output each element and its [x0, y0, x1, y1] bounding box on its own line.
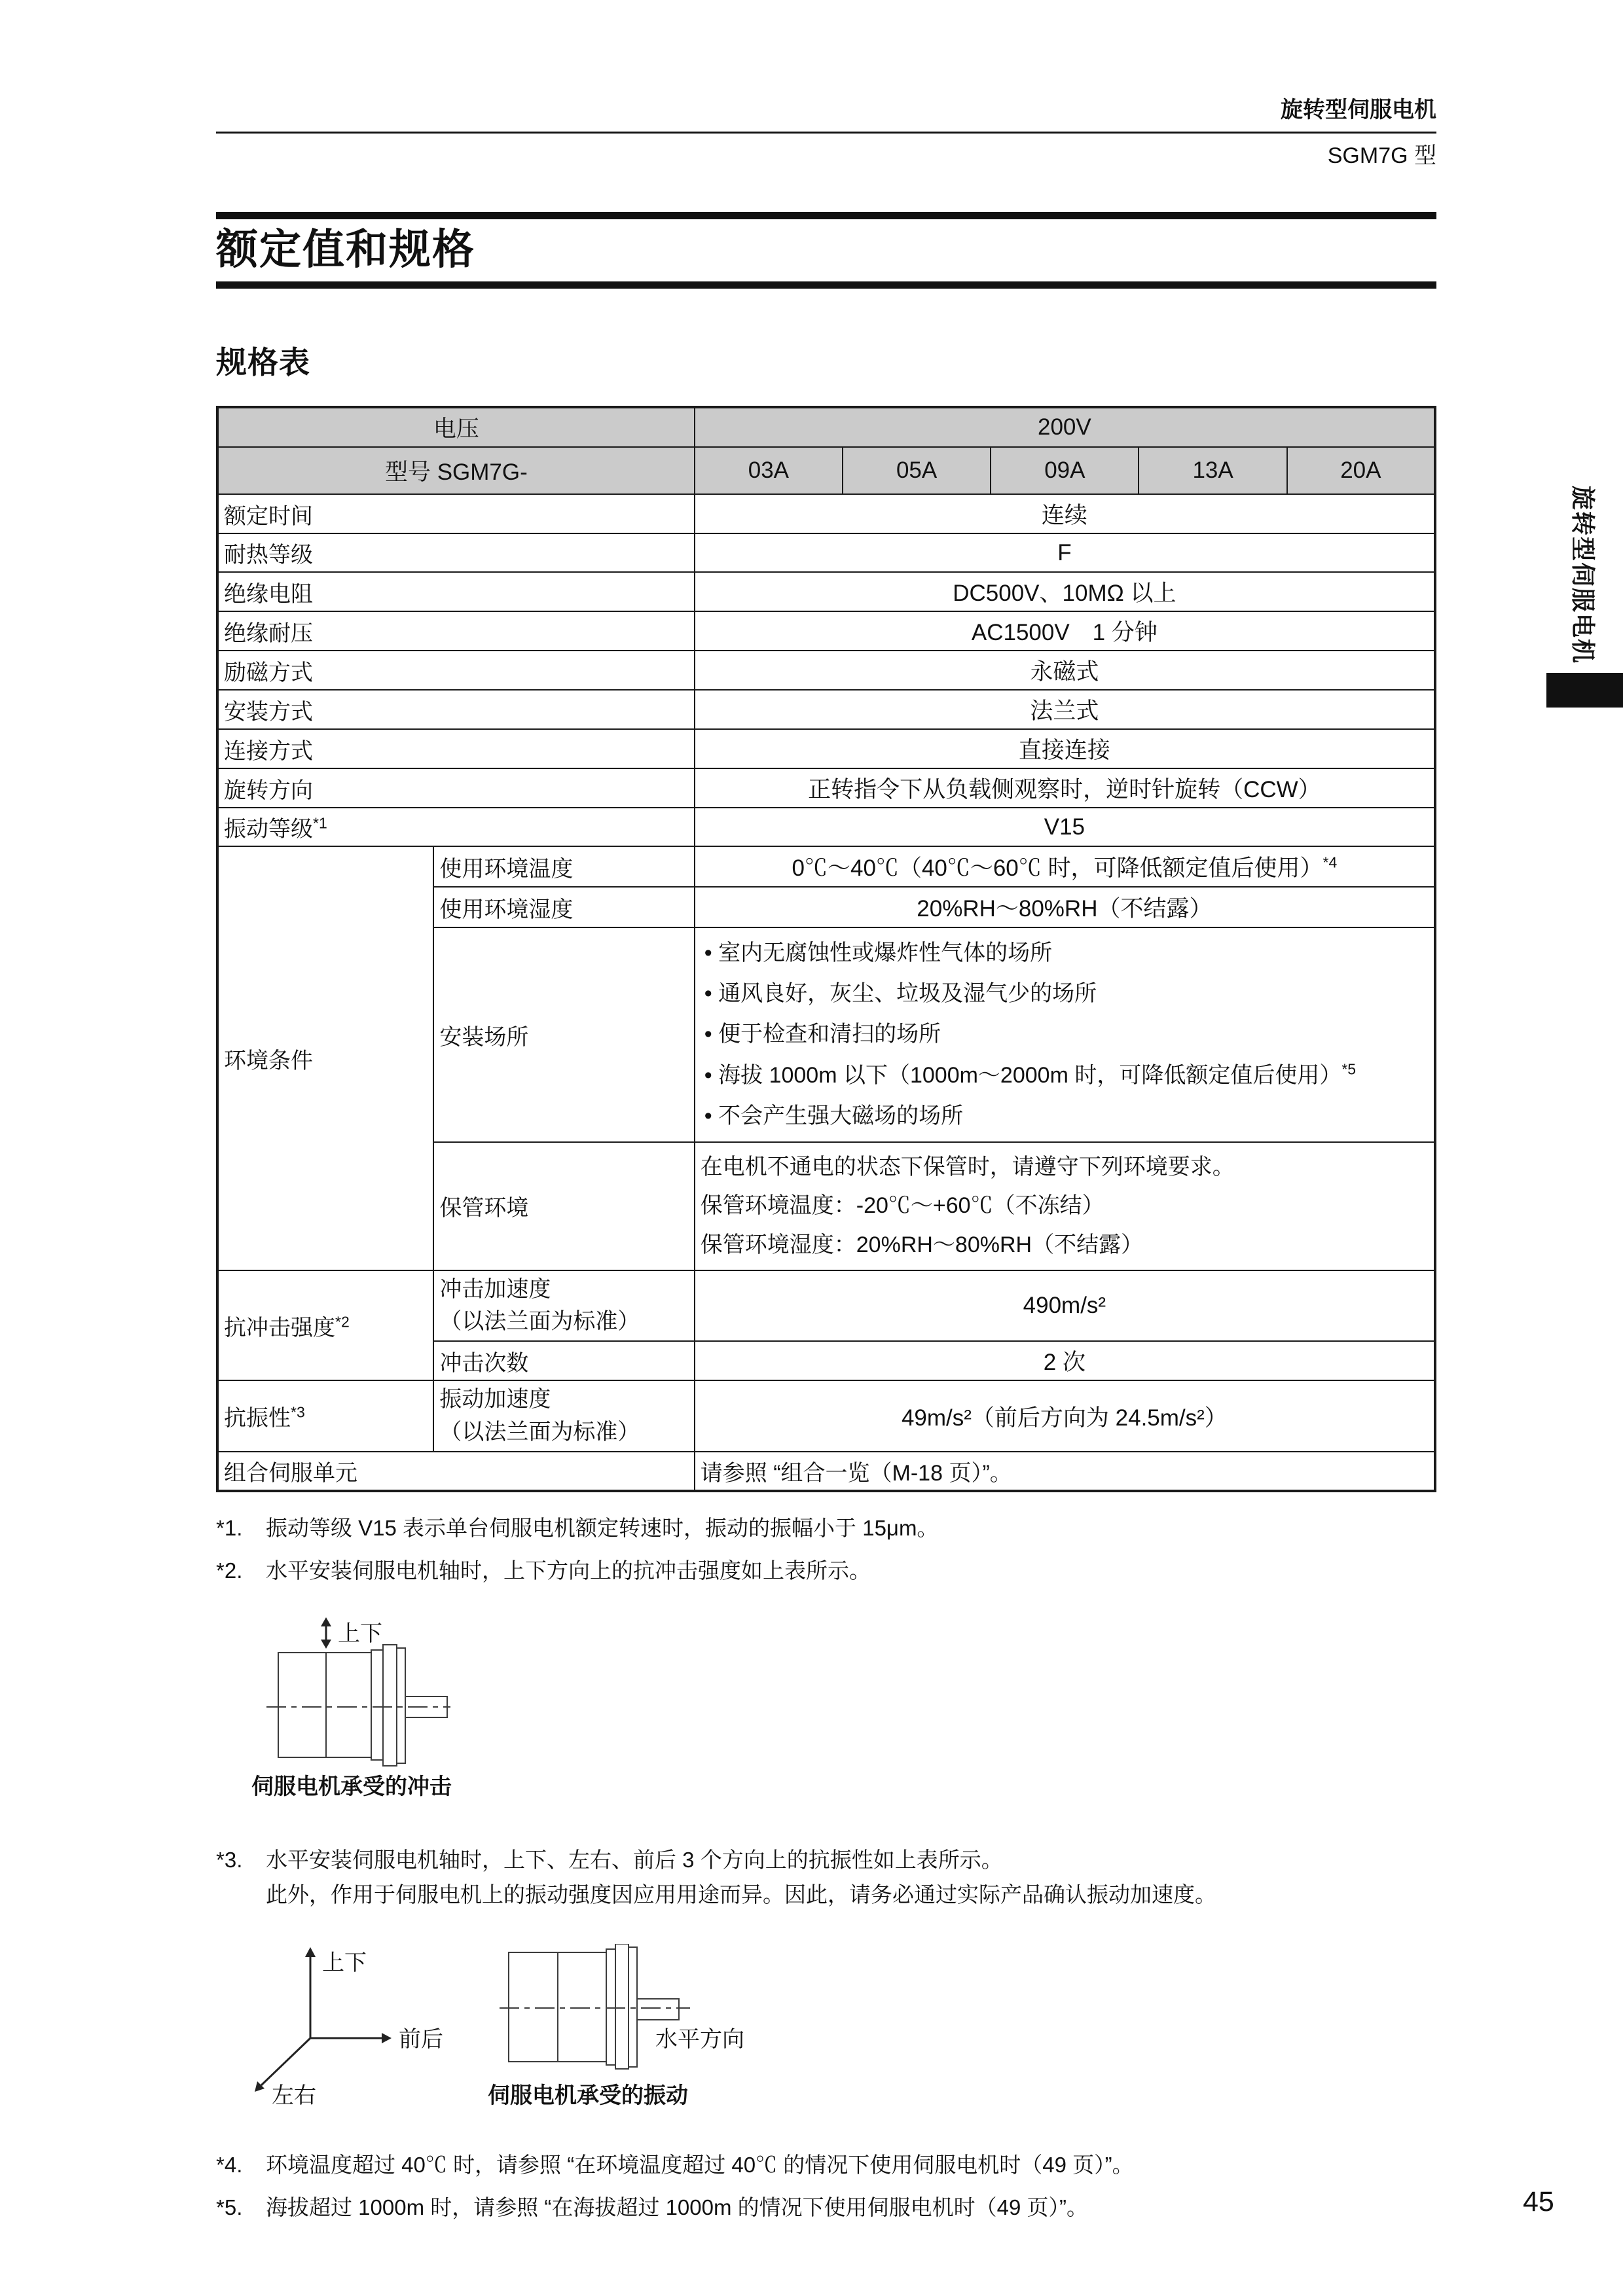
footnote-5: *5. 海拔超过 1000m 时，请参照 “在海拔超过 1000m 的情况下使用… — [216, 2191, 1436, 2224]
install-bullet-text: 室内无腐蚀性或爆炸性气体的场所 — [718, 941, 1052, 965]
motor-step — [606, 1949, 615, 2065]
model-05a: 05A — [843, 447, 991, 494]
footnote-ref-4: *4 — [1323, 854, 1338, 871]
install-bullet: 海拔 1000m 以下（1000m～2000m 时，可降低额定值后使用）*5 — [704, 1058, 1429, 1094]
env-temp-value: 0℃～40℃（40℃～60℃ 时，可降低额定值后使用）*4 — [695, 846, 1435, 887]
title-block: 额定值和规格 — [216, 212, 1436, 289]
page-content: 旋转型伺服电机 SGM7G 型 额定值和规格 规格表 电压 200V 型号 SG… — [216, 0, 1436, 2224]
footnotes: *1. 振动等级 V15 表示单台伺服电机额定转速时，振动的振幅小于 15μm。… — [216, 1512, 1436, 2224]
footnote-3-continued: 此外，作用于伺服电机上的振动强度因应用用途而异。因此，请务必通过实际产品确认振动… — [266, 1878, 1436, 1911]
row-value: V15 — [695, 808, 1435, 846]
axis-label-frontback: 前后 — [399, 2027, 443, 2052]
row-label: 绝缘耐压 — [217, 611, 695, 651]
footnote-3: *3. 水平安装伺服电机轴时，上下、左右、前后 3 个方向上的抗振性如上表所示。 — [216, 1844, 1436, 1876]
arrowhead-down — [321, 1640, 331, 1649]
footnote-text: 振动等级 V15 表示单台伺服电机额定转速时，振动的振幅小于 15μm。 — [266, 1512, 1436, 1545]
model-13a: 13A — [1139, 447, 1286, 494]
axis-label-updown: 上下 — [338, 1621, 382, 1646]
model-label: 型号 SGM7G- — [217, 447, 695, 494]
row-value: 正转指令下从负载侧观察时，逆时针旋转（CCW） — [695, 768, 1435, 808]
motor-body — [278, 1653, 371, 1757]
arrowhead-right — [382, 2033, 392, 2043]
row-label: 旋转方向 — [217, 768, 695, 808]
table-row: 励磁方式 永磁式 — [217, 651, 1435, 690]
combination-label: 组合伺服单元 — [217, 1452, 695, 1491]
table-row-env-temp: 环境条件 使用环境温度 0℃～40℃（40℃～60℃ 时，可降低额定值后使用）*… — [217, 846, 1435, 887]
row-value: 法兰式 — [695, 690, 1435, 729]
storage-lines: 在电机不通电的状态下保管时，请遵守下列环境要求。 保管环境温度：-20℃～+60… — [701, 1150, 1429, 1263]
footnote-ref-2: *2 — [335, 1313, 350, 1330]
table-row-models: 型号 SGM7G- 03A 05A 09A 13A 20A — [217, 447, 1435, 494]
footnote-marker: *3. — [216, 1844, 266, 1876]
row-value: DC500V、10MΩ 以上 — [695, 572, 1435, 611]
model-09a: 09A — [991, 447, 1139, 494]
row-value: 连续 — [695, 494, 1435, 533]
running-header: 旋转型伺服电机 SGM7G 型 — [216, 0, 1436, 169]
footnote-text: 环境温度超过 40℃ 时，请参照 “在环境温度超过 40℃ 的情况下使用伺服电机… — [266, 2149, 1436, 2181]
table-row: 旋转方向 正转指令下从负载侧观察时，逆时针旋转（CCW） — [217, 768, 1435, 808]
footnote-marker: *4. — [216, 2149, 266, 2181]
storage-line: 在电机不通电的状态下保管时，请遵守下列环境要求。 — [701, 1150, 1429, 1185]
install-bullet-text: 便于检查和清扫的场所 — [718, 1022, 941, 1047]
footnote-marker: *5. — [216, 2191, 266, 2224]
storage-line: 保管环境温度：-20℃～+60℃（不冻结） — [701, 1189, 1429, 1223]
env-storage-value: 在电机不通电的状态下保管时，请遵守下列环境要求。 保管环境温度：-20℃～+60… — [695, 1142, 1435, 1270]
row-label: 安装方式 — [217, 690, 695, 729]
row-value: 永磁式 — [695, 651, 1435, 690]
table-row: 连接方式 直接连接 — [217, 729, 1435, 768]
diagram-caption: 伺服电机承受的振动 — [488, 2083, 688, 2108]
table-row: 绝缘电阻 DC500V、10MΩ 以上 — [217, 572, 1435, 611]
table-row-shock-accel: 抗冲击强度*2 冲击加速度 （以法兰面为标准） 490m/s² — [217, 1270, 1435, 1342]
table-row: 额定时间 连续 — [217, 494, 1435, 533]
row-label: 绝缘电阻 — [217, 572, 695, 611]
axis-depth — [261, 2038, 310, 2085]
env-install-value: 室内无腐蚀性或爆炸性气体的场所 通风良好，灰尘、垃圾及湿气少的场所 便于检查和清… — [695, 927, 1435, 1141]
model-20a: 20A — [1287, 447, 1435, 494]
row-label: 额定时间 — [217, 494, 695, 533]
arrowhead-up — [305, 1947, 316, 1957]
row-value: AC1500V 1 分钟 — [695, 611, 1435, 651]
footnote-1: *1. 振动等级 V15 表示单台伺服电机额定转速时，振动的振幅小于 15μm。 — [216, 1512, 1436, 1545]
motor-step — [371, 1650, 383, 1760]
section-title: 规格表 — [216, 346, 1436, 378]
row-label-text: 振动等级 — [224, 817, 313, 842]
footnote-ref-5: *5 — [1341, 1060, 1356, 1077]
vibration-accel-label-line1: 振动加速度 — [439, 1384, 688, 1416]
env-humidity-value: 20%RH～80%RH（不结露） — [695, 887, 1435, 927]
voltage-label: 电压 — [217, 407, 695, 447]
env-storage-label: 保管环境 — [433, 1142, 694, 1270]
axis-label-updown: 上下 — [322, 1950, 367, 1975]
page-title: 额定值和规格 — [216, 228, 1436, 272]
footnote-ref-1: *1 — [313, 815, 327, 832]
shock-accel-label: 冲击加速度 （以法兰面为标准） — [433, 1270, 694, 1342]
row-value: F — [695, 533, 1435, 572]
header-rule — [216, 132, 1436, 134]
vibration-accel-label: 振动加速度 （以法兰面为标准） — [433, 1380, 694, 1452]
side-tab-marker — [1546, 673, 1623, 708]
vibration-accel-value: 49m/s²（前后方向为 24.5m/s²） — [695, 1380, 1435, 1452]
row-label: 励磁方式 — [217, 651, 695, 690]
vibration-accel-label-line2: （以法兰面为标准） — [439, 1416, 688, 1448]
footnote-4: *4. 环境温度超过 40℃ 时，请参照 “在环境温度超过 40℃ 的情况下使用… — [216, 2149, 1436, 2181]
row-label: 连接方式 — [217, 729, 695, 768]
footnote-marker: *1. — [216, 1512, 266, 1545]
install-bullet-list: 室内无腐蚀性或爆炸性气体的场所 通风良好，灰尘、垃圾及湿气少的场所 便于检查和清… — [701, 935, 1429, 1134]
table-row-voltage: 电压 200V — [217, 407, 1435, 447]
motor-step — [397, 1648, 405, 1763]
storage-line: 保管环境湿度：20%RH～80%RH（不结露） — [701, 1228, 1429, 1263]
env-temp-value-text: 0℃～40℃（40℃～60℃ 时，可降低额定值后使用） — [792, 855, 1323, 881]
table-row: 绝缘耐压 AC1500V 1 分钟 — [217, 611, 1435, 651]
footnote-marker: *2. — [216, 1554, 266, 1587]
table-row-combination: 组合伺服单元 请参照 “组合一览（M-18 页）”。 — [217, 1452, 1435, 1491]
shock-count-value: 2 次 — [695, 1341, 1435, 1380]
horizontal-direction-label: 水平方向 — [655, 2027, 744, 2052]
install-bullet-text: 不会产生强大磁场的场所 — [718, 1103, 963, 1128]
arrowhead-up — [321, 1617, 331, 1626]
page-number: 45 — [1523, 2186, 1554, 2218]
env-install-label: 安装场所 — [433, 927, 694, 1141]
shock-group-label: 抗冲击强度*2 — [217, 1270, 433, 1381]
shock-accel-label-line1: 冲击加速度 — [439, 1274, 688, 1306]
voltage-value: 200V — [695, 407, 1435, 447]
spec-table: 电压 200V 型号 SGM7G- 03A 05A 09A 13A 20A 额定… — [216, 406, 1436, 1492]
document-page: { "header": { "category": "旋转型伺服电机", "mo… — [0, 0, 1623, 2296]
footnote-2: *2. 水平安装伺服电机轴时，上下方向上的抗冲击强度如上表所示。 — [216, 1554, 1436, 1587]
footnote-text: 水平安装伺服电机轴时，上下方向上的抗冲击强度如上表所示。 — [266, 1554, 1436, 1587]
row-label: 耐热等级 — [217, 533, 695, 572]
model-03a: 03A — [695, 447, 843, 494]
shock-accel-value: 490m/s² — [695, 1270, 1435, 1342]
install-bullet: 通风良好，灰尘、垃圾及湿气少的场所 — [704, 976, 1429, 1012]
install-bullet: 室内无腐蚀性或爆炸性气体的场所 — [704, 935, 1429, 971]
motor-flange — [383, 1645, 397, 1766]
motor-shaft — [637, 1999, 679, 2020]
table-row: 振动等级*1 V15 — [217, 808, 1435, 846]
vibration-group-label: 抗振性*3 — [217, 1380, 433, 1452]
motor-flange — [615, 1944, 629, 2069]
footnote-text: 水平安装伺服电机轴时，上下、左右、前后 3 个方向上的抗振性如上表所示。 — [266, 1844, 1436, 1876]
row-value: 直接连接 — [695, 729, 1435, 768]
diagram-caption: 伺服电机承受的冲击 — [251, 1774, 452, 1799]
row-label: 振动等级*1 — [217, 808, 695, 846]
table-row: 耐热等级 F — [217, 533, 1435, 572]
install-bullet: 不会产生强大磁场的场所 — [704, 1098, 1429, 1134]
header-category: 旋转型伺服电机 — [216, 98, 1436, 122]
vibration-group-label-text: 抗振性 — [224, 1406, 291, 1431]
vibration-direction-diagram: 上下 前后 左右 水平方向 伺服电机承受的振动 — [252, 1944, 750, 2111]
axis-label-leftright: 左右 — [272, 2083, 316, 2108]
shock-direction-diagram: 上下 伺服电机承受的冲击 — [251, 1617, 500, 1807]
combination-value: 请参照 “组合一览（M-18 页）”。 — [695, 1452, 1435, 1491]
footnote-ref-3: *3 — [291, 1404, 305, 1421]
env-group-label: 环境条件 — [217, 846, 433, 1270]
install-bullet-text: 通风良好，灰尘、垃圾及湿气少的场所 — [718, 981, 1097, 1006]
install-bullet: 便于检查和清扫的场所 — [704, 1016, 1429, 1052]
table-row: 安装方式 法兰式 — [217, 690, 1435, 729]
shock-accel-label-line2: （以法兰面为标准） — [439, 1306, 688, 1338]
shock-count-label: 冲击次数 — [433, 1341, 694, 1380]
env-humidity-label: 使用环境湿度 — [433, 887, 694, 927]
header-model: SGM7G 型 — [216, 144, 1436, 168]
env-temp-label: 使用环境温度 — [433, 846, 694, 887]
footnote-text: 海拔超过 1000m 时，请参照 “在海拔超过 1000m 的情况下使用伺服电机… — [266, 2191, 1436, 2224]
table-row-vibration-accel: 抗振性*3 振动加速度 （以法兰面为标准） 49m/s²（前后方向为 24.5m… — [217, 1380, 1435, 1452]
install-bullet-text: 海拔 1000m 以下（1000m～2000m 时，可降低额定值后使用） — [718, 1063, 1341, 1088]
shock-group-label-text: 抗冲击强度 — [224, 1316, 335, 1340]
side-tab-label: 旋转型伺服电机 — [1567, 486, 1603, 664]
motor-step — [629, 1947, 637, 2067]
